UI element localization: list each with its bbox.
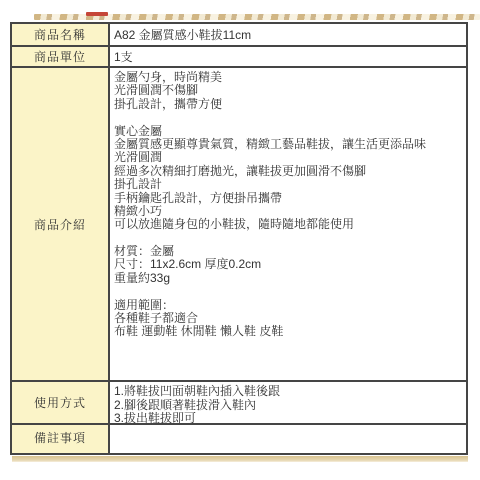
cropped-banner-remnant xyxy=(34,12,480,21)
text-line: 3.拔出鞋拔即可 xyxy=(114,412,462,423)
table-shadow xyxy=(12,456,468,462)
notes-value xyxy=(110,425,466,453)
text-line: 重量約33g xyxy=(114,272,462,285)
notes-label: 備註事項 xyxy=(12,425,110,453)
text-line: 經過多次精細打磨拋光，讓鞋拔更加圓滑不傷腳 xyxy=(114,165,462,178)
table-row-usage: 使用方式 1.將鞋拔凹面朝鞋內插入鞋後跟2.腳後跟順著鞋拔滑入鞋內3.拔出鞋拔即… xyxy=(12,382,466,425)
product-unit-label: 商品單位 xyxy=(12,47,110,66)
product-intro-label: 商品介紹 xyxy=(12,68,110,380)
table-row-product-intro: 商品介紹 金屬勺身，時尚精美光滑圓潤不傷腳掛孔設計，攜帶方便 實心金屬金屬質感更… xyxy=(12,68,466,382)
product-spec-table: 商品名稱 A82 金屬質感小鞋拔11cm 商品單位 1支 商品介紹 金屬勺身，時… xyxy=(10,22,468,455)
banner-red-mark xyxy=(86,12,108,16)
text-line: 光滑圓潤不傷腳 xyxy=(114,84,462,97)
table-row-product-name: 商品名稱 A82 金屬質感小鞋拔11cm xyxy=(12,24,466,47)
product-name-label: 商品名稱 xyxy=(12,24,110,45)
product-unit-value: 1支 xyxy=(110,47,466,66)
text-line: 掛孔設計 xyxy=(114,178,462,191)
text-line: 布鞋 運動鞋 休閒鞋 懶人鞋 皮鞋 xyxy=(114,325,462,338)
text-line xyxy=(114,285,462,298)
text-line: 手柄鑰匙孔設計，方便掛吊攜帶 xyxy=(114,192,462,205)
text-line: 實心金屬 xyxy=(114,125,462,138)
text-line: 光滑圓潤 xyxy=(114,151,462,164)
text-line: 金屬質感更顯尊貴氣質，精緻工藝品鞋拔，讓生活更添品味 xyxy=(114,138,462,151)
table-row-notes: 備註事項 xyxy=(12,425,466,453)
text-line: 1.將鞋拔凹面朝鞋內插入鞋後跟 xyxy=(114,385,462,399)
table-row-product-unit: 商品單位 1支 xyxy=(12,47,466,68)
usage-steps: 1.將鞋拔凹面朝鞋內插入鞋後跟2.腳後跟順著鞋拔滑入鞋內3.拔出鞋拔即可 xyxy=(110,382,466,423)
product-intro-text: 金屬勺身，時尚精美光滑圓潤不傷腳掛孔設計，攜帶方便 實心金屬金屬質感更顯尊貴氣質… xyxy=(110,68,466,380)
usage-label: 使用方式 xyxy=(12,382,110,423)
text-line: 掛孔設計，攜帶方便 xyxy=(114,98,462,111)
text-line: 可以放進隨身包的小鞋拔，隨時隨地都能使用 xyxy=(114,218,462,231)
product-name-value: A82 金屬質感小鞋拔11cm xyxy=(110,24,466,45)
text-line: 尺寸：11x2.6cm 厚度0.2cm xyxy=(114,258,462,271)
text-line xyxy=(114,111,462,124)
